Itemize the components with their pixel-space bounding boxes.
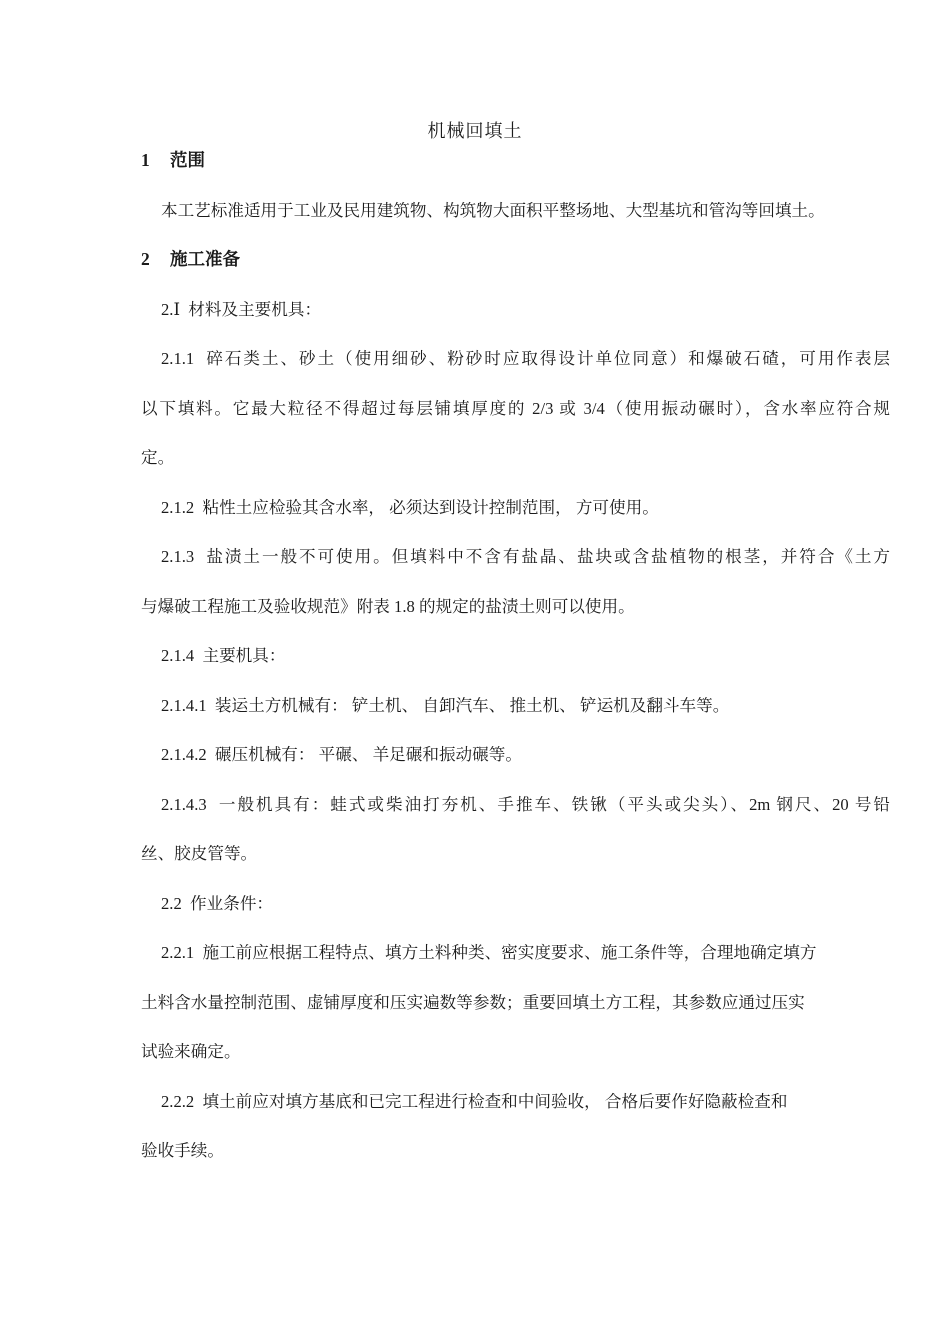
section-label: 施工准备 bbox=[170, 249, 240, 269]
para-2-2-1-line-1: 2.2.1 施工前应根据工程特点、填方土料种类、密实度要求、施工条件等，合理地确… bbox=[141, 928, 890, 978]
para-2-2-1-line-2: 土料含水量控制范围、虚铺厚度和压实遍数等参数；重要回填土方工程，其参数应通过压实 bbox=[141, 978, 890, 1028]
document-body: 1范围 本工艺标准适用于工业及民用建筑物、构筑物大面积平整场地、大型基坑和管沟等… bbox=[141, 136, 890, 1176]
para-2-2-1-line-3: 试验来确定。 bbox=[141, 1027, 890, 1077]
para-2-1-1-line-1: 2.1.1 碎石类土、砂土（使用细砂、粉砂时应取得设计单位同意）和爆破石碴，可用… bbox=[141, 334, 890, 384]
para-2-1-4-2: 2.1.4.2 碾压机械有： 平碾、 羊足碾和振动碾等。 bbox=[141, 730, 890, 780]
para-2-1-1-line-2: 以下填料。它最大粒径不得超过每层铺填厚度的 2/3 或 3/4（使用振动碾时），… bbox=[141, 384, 890, 434]
section-heading-2: 2施工准备 bbox=[141, 235, 890, 285]
para-2-1-4-3-line-1: 2.1.4.3 一般机具有：蛙式或柴油打夯机、手推车、铁锹（平头或尖头）、2m … bbox=[141, 780, 890, 830]
para-2-2-2-line-2: 验收手续。 bbox=[141, 1126, 890, 1176]
section-label: 范围 bbox=[170, 150, 205, 170]
para-2-1-3-line-2: 与爆破工程施工及验收规范》附表 1.8 的规定的盐渍土则可以使用。 bbox=[141, 582, 890, 632]
para-2-1-1-line-3: 定。 bbox=[141, 433, 890, 483]
para-scope: 本工艺标准适用于工业及民用建筑物、构筑物大面积平整场地、大型基坑和管沟等回填土。 bbox=[141, 186, 890, 236]
para-2-1-heading: 2.Ⅰ 材料及主要机具： bbox=[141, 285, 890, 335]
para-2-1-4-3-line-2: 丝、胶皮管等。 bbox=[141, 829, 890, 879]
section-number: 1 bbox=[141, 136, 170, 186]
document-page: 机械回填土 1范围 本工艺标准适用于工业及民用建筑物、构筑物大面积平整场地、大型… bbox=[0, 0, 950, 1344]
para-2-2-2-line-1: 2.2.2 填土前应对填方基底和已完工程进行检查和中间验收， 合格后要作好隐蔽检… bbox=[141, 1077, 890, 1127]
section-heading-1: 1范围 bbox=[141, 136, 890, 186]
section-number: 2 bbox=[141, 235, 170, 285]
para-2-1-2: 2.1.2 粘性土应检验其含水率， 必须达到设计控制范围， 方可使用。 bbox=[141, 483, 890, 533]
para-2-2-heading: 2.2 作业条件： bbox=[141, 879, 890, 929]
para-2-1-4-1: 2.1.4.1 装运土方机械有： 铲土机、 自卸汽车、 推土机、 铲运机及翻斗车… bbox=[141, 681, 890, 731]
para-2-1-3-line-1: 2.1.3 盐渍土一般不可使用。但填料中不含有盐晶、盐块或含盐植物的根茎，并符合… bbox=[141, 532, 890, 582]
para-2-1-4-heading: 2.1.4 主要机具： bbox=[141, 631, 890, 681]
